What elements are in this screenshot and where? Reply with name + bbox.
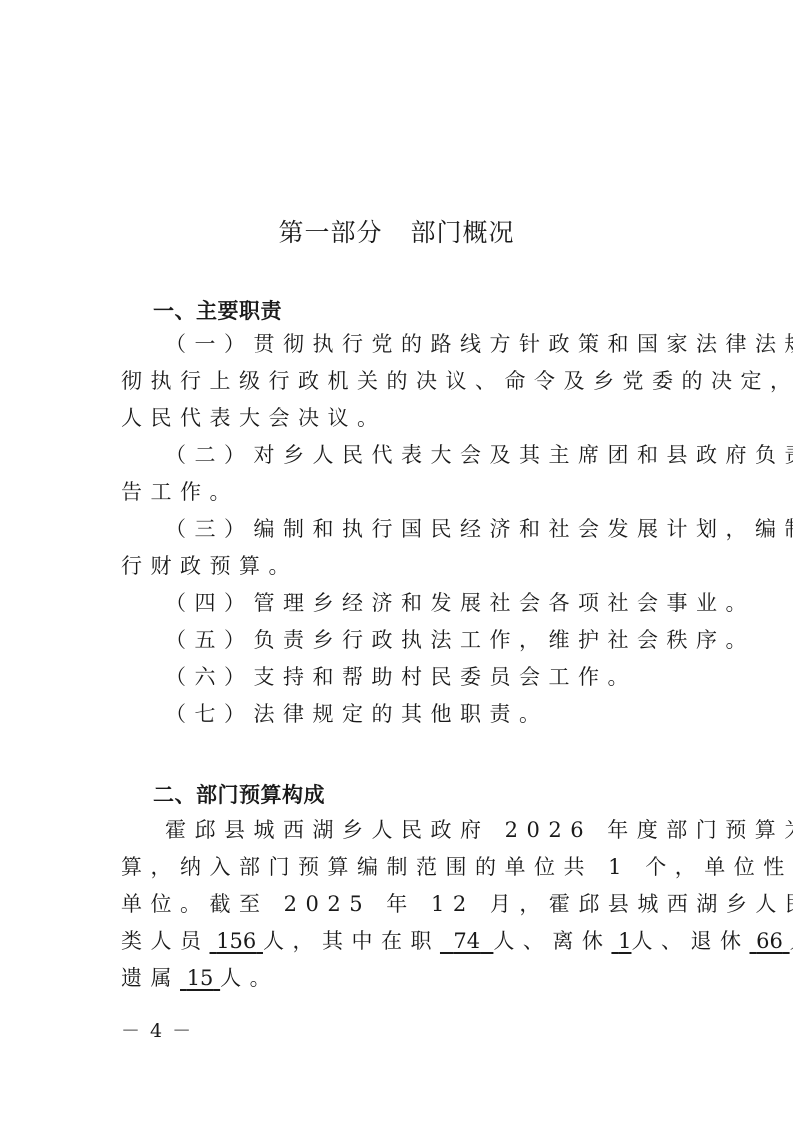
text-line: 霍邱县城西湖乡人民政府 2026 年度部门预算为本级预 xyxy=(121,812,677,849)
staff-active: 74 xyxy=(440,929,493,953)
text-line: （二）对乡人民代表大会及其主席团和县政府负责并报 xyxy=(121,437,677,474)
duty-item-3: （三）编制和执行国民经济和社会发展计划，编制并执 行财政预算。 xyxy=(121,511,677,585)
staff-dependents: 15 xyxy=(180,966,220,990)
part-label: 第一部分 xyxy=(278,218,382,247)
text-line: （一）贯彻执行党的路线方针政策和国家法律法规，贯 xyxy=(121,326,677,363)
text-line: 行财政预算。 xyxy=(121,548,677,585)
staff-line: 类人员 156 人，其中在职 74 人、离休 1人、退休 66 人、 xyxy=(121,923,677,960)
staff-retired-cadre: 1 xyxy=(611,929,631,953)
duty-item-1: （一）贯彻执行党的路线方针政策和国家法律法规，贯 彻执行上级行政机关的决议、命令… xyxy=(121,326,677,437)
section-heading-budget: 二、部门预算构成 xyxy=(153,780,325,810)
text-line: （四）管理乡经济和发展社会各项社会事业。 xyxy=(121,585,677,622)
document-page: 第一部分部门概况 一、主要职责 （一）贯彻执行党的路线方针政策和国家法律法规，贯… xyxy=(0,0,793,1122)
budget-paragraph: 霍邱县城西湖乡人民政府 2026 年度部门预算为本级预 算，纳入部门预算编制范围… xyxy=(121,812,677,997)
duty-item-2: （二）对乡人民代表大会及其主席团和县政府负责并报 告工作。 xyxy=(121,437,677,511)
text-line: 彻执行上级行政机关的决议、命令及乡党委的决定，执行乡 xyxy=(121,363,677,400)
text-line: 人民代表大会决议。 xyxy=(121,400,677,437)
duty-item-6: （六）支持和帮助村民委员会工作。 xyxy=(121,659,677,696)
text-line: 单位。截至 2025 年 12 月，霍邱县城西湖乡人民政府实有各 xyxy=(121,886,677,923)
staff-retired: 66 xyxy=(749,929,789,953)
part-title: 部门概况 xyxy=(411,218,515,247)
page-number: － 4 － xyxy=(121,1016,193,1043)
duty-item-4: （四）管理乡经济和发展社会各项社会事业。 xyxy=(121,585,677,622)
section-heading-duties: 一、主要职责 xyxy=(153,296,282,326)
duty-item-7: （七）法律规定的其他职责。 xyxy=(121,696,677,733)
staff-total: 156 xyxy=(210,929,263,953)
text-line: 算，纳入部门预算编制范围的单位共 1 个，单位性质为行政 xyxy=(121,849,677,886)
text-line: 告工作。 xyxy=(121,474,677,511)
text-line: （七）法律规定的其他职责。 xyxy=(121,696,677,733)
duty-item-5: （五）负责乡行政执法工作，维护社会秩序。 xyxy=(121,622,677,659)
page-title: 第一部分部门概况 xyxy=(0,213,793,253)
text-line: （三）编制和执行国民经济和社会发展计划，编制并执 xyxy=(121,511,677,548)
staff-line-2: 遗属 15 人。 xyxy=(121,960,677,997)
text-line: （五）负责乡行政执法工作，维护社会秩序。 xyxy=(121,622,677,659)
text-line: （六）支持和帮助村民委员会工作。 xyxy=(121,659,677,696)
